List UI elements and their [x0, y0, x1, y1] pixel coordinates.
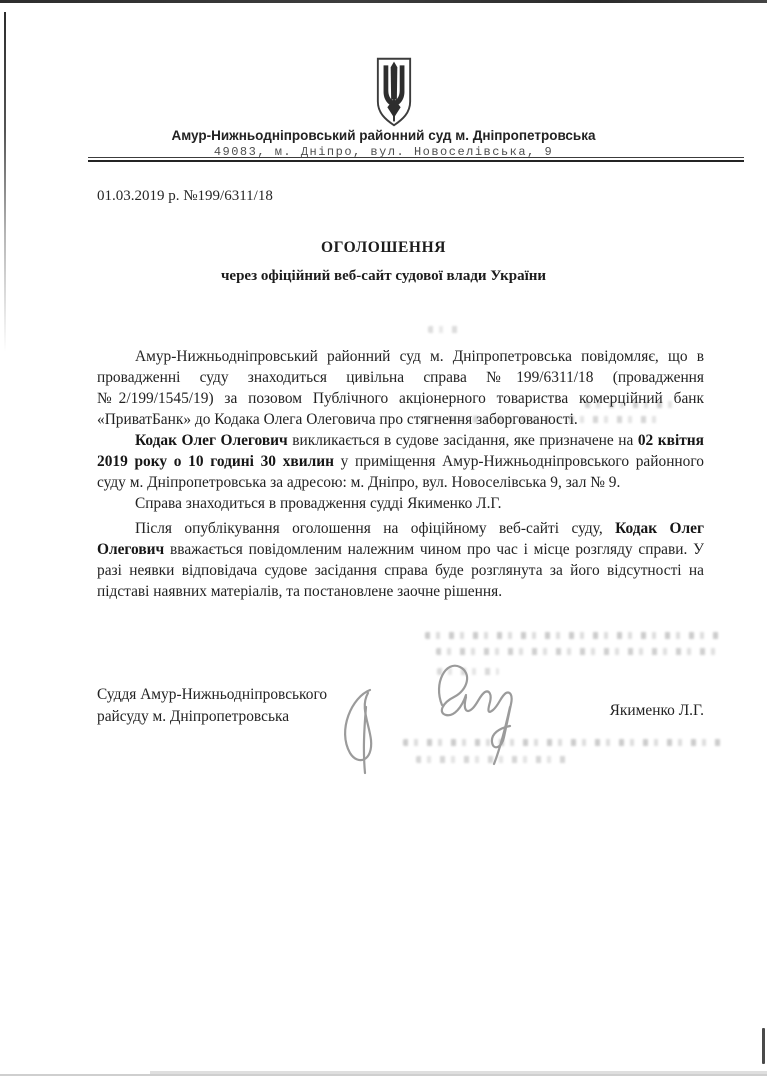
document-subtitle: через офіційний веб-сайт судової влади У…: [0, 268, 767, 285]
bleed-through-smudge: [428, 326, 462, 333]
document-title: ОГОЛОШЕННЯ: [0, 239, 767, 257]
judge-title: Суддя Амур-Нижньодніпровського райсуду м…: [97, 684, 357, 728]
paragraph-case-info: Амур-Нижньодніпровський районний суд м. …: [97, 346, 704, 430]
reference-line: 01.03.2019 р. №199/6311/18: [97, 188, 273, 205]
paragraph-judge: Справа знаходиться в провадження судді Я…: [97, 493, 704, 514]
scan-edge-right: [762, 1028, 765, 1064]
header-divider: [88, 157, 744, 162]
document-body: Амур-Нижньодніпровський районний суд м. …: [97, 346, 704, 602]
scan-edge-left: [4, 12, 6, 352]
court-name: Амур-Нижньодніпровський районний суд м. …: [0, 128, 767, 143]
paragraph-summons: Кодак Олег Олегович викликається в судов…: [97, 430, 704, 493]
scan-edge-top: [0, 0, 767, 3]
bleed-through-smudge: [425, 632, 721, 639]
defendant-name: Кодак Олег Олегович: [135, 432, 288, 449]
coat-of-arms-icon: [375, 57, 413, 127]
scanned-court-document: Амур-Нижньодніпровський районний суд м. …: [0, 0, 767, 1076]
judge-name: Якименко Л.Г.: [500, 702, 704, 720]
paragraph-notice: Після опублікування оголошення на офіцій…: [97, 518, 704, 602]
